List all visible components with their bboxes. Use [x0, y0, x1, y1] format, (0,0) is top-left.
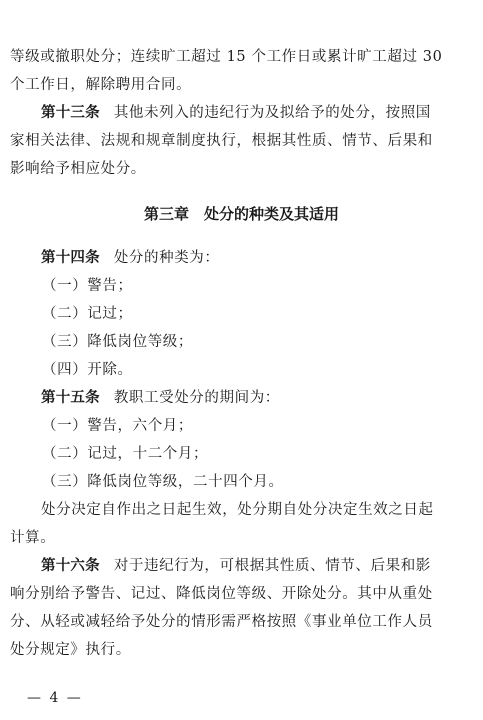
article-13-text: 其他未列入的违纪行为及拟给予的处分，按照国	[114, 105, 431, 121]
list-item: （四）开除。	[42, 360, 483, 380]
paragraph-line: 影响给予相应处分。	[10, 159, 460, 179]
article-15-heading: 第十五条	[41, 390, 100, 406]
article-14-heading: 第十四条	[41, 250, 100, 266]
article-14-first-line: 第十四条处分的种类为：	[41, 248, 483, 268]
page-number: — 4 —	[27, 688, 83, 708]
list-item: （一）警告；	[42, 276, 483, 296]
paragraph-line: 分、从轻或减轻给予处分的情形需严格按照《事业单位工作人员	[10, 612, 460, 632]
article-16-first-line: 第十六条对于违纪行为，可根据其性质、情节、后果和影	[41, 556, 483, 576]
paragraph-line: 计算。	[10, 528, 460, 548]
list-item: （二）记过；	[42, 304, 483, 324]
paragraph-line: 个工作日，解除聘用合同。	[10, 75, 460, 95]
article-13-first-line: 第十三条其他未列入的违纪行为及拟给予的处分，按照国	[41, 103, 483, 123]
list-item: （一）警告，六个月；	[42, 416, 483, 436]
article-13-heading: 第十三条	[41, 105, 100, 121]
paragraph-line: 家相关法律、法规和规章制度执行，根据其性质、情节、后果和	[10, 131, 460, 151]
paragraph-line: 等级或撤职处分；连续旷工超过 15 个工作日或累计旷工超过 30	[10, 47, 460, 67]
article-16-heading: 第十六条	[41, 558, 100, 574]
chapter-title: 第三章 处分的种类及其适用	[0, 204, 483, 224]
list-item: （二）记过，十二个月；	[42, 444, 483, 464]
article-16-text: 对于违纪行为，可根据其性质、情节、后果和影	[114, 558, 431, 574]
paragraph-line: 处分规定》执行。	[10, 640, 460, 660]
article-14-intro: 处分的种类为：	[114, 250, 220, 266]
article-15-first-line: 第十五条教职工受处分的期间为：	[41, 388, 483, 408]
article-15-intro: 教职工受处分的期间为：	[114, 390, 280, 406]
list-item: （三）降低岗位等级；	[42, 332, 483, 352]
paragraph-line: 处分决定自作出之日起生效，处分期自处分决定生效之日起	[41, 500, 483, 520]
paragraph-line: 响分别给予警告、记过、降低岗位等级、开除处分。其中从重处	[10, 584, 460, 604]
list-item: （三）降低岗位等级，二十四个月。	[42, 472, 483, 492]
